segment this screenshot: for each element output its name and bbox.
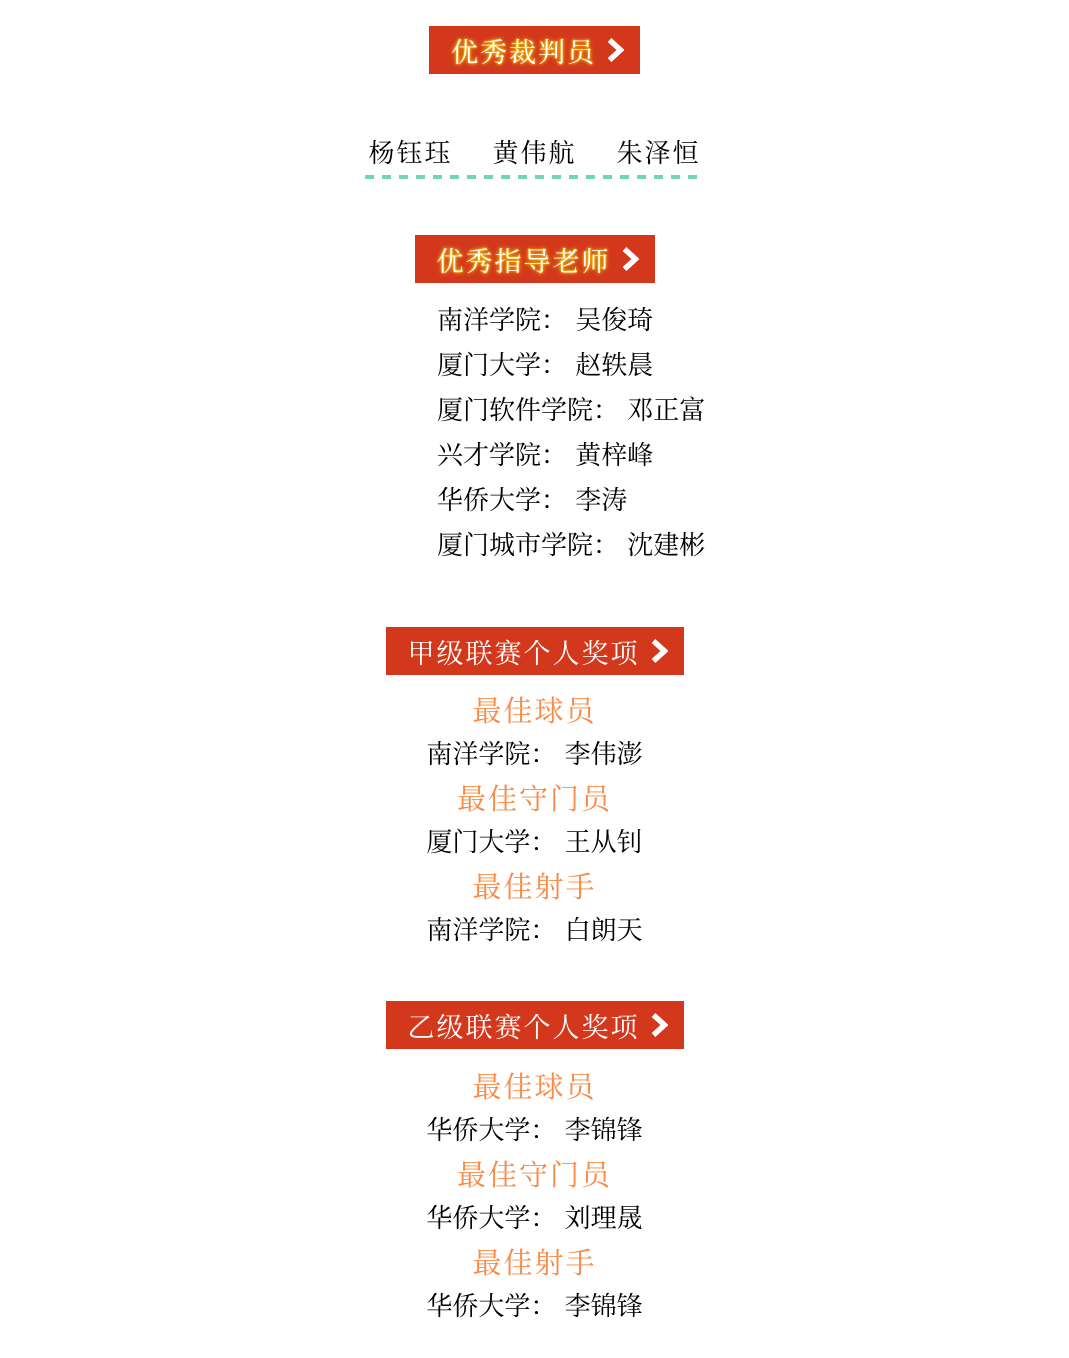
article-page: 优秀裁判员 杨钰珏 黄伟航 朱泽恒 优秀指导老师 南洋学院 bbox=[0, 0, 1069, 1358]
award-title: 最佳球员 bbox=[0, 1065, 1069, 1109]
teachers-banner[interactable]: 优秀指导老师 bbox=[415, 235, 655, 283]
referees-banner-label: 优秀裁判员 bbox=[451, 31, 596, 70]
award-title: 最佳守门员 bbox=[0, 1153, 1069, 1197]
league-a-banner-label: 甲级联赛个人奖项 bbox=[408, 632, 640, 671]
teacher-item: 南洋学院： 吴俊琦 bbox=[437, 299, 705, 344]
league-a-banner-row: 甲级联赛个人奖项 bbox=[0, 627, 1069, 675]
award-title: 最佳球员 bbox=[0, 689, 1069, 733]
section-league-a: 甲级联赛个人奖项 最佳球员 南洋学院： 李伟澎 最佳守门员 厦门大学： 王从钊 … bbox=[0, 627, 1069, 953]
chevron-right-icon bbox=[606, 36, 624, 64]
teachers-banner-row: 优秀指导老师 bbox=[0, 235, 1069, 283]
league-a-banner[interactable]: 甲级联赛个人奖项 bbox=[386, 627, 684, 675]
teachers-banner-label: 优秀指导老师 bbox=[437, 240, 611, 279]
award-winner: 南洋学院： 李伟澎 bbox=[0, 733, 1069, 777]
teacher-item: 兴才学院： 黄梓峰 bbox=[437, 434, 705, 479]
referees-banner[interactable]: 优秀裁判员 bbox=[429, 26, 640, 74]
award-winner: 华侨大学： 李锦锋 bbox=[0, 1109, 1069, 1153]
section-referees: 优秀裁判员 杨钰珏 黄伟航 朱泽恒 bbox=[0, 26, 1069, 179]
award-winner: 华侨大学： 刘理晟 bbox=[0, 1197, 1069, 1241]
award-winner: 厦门大学： 王从钊 bbox=[0, 821, 1069, 865]
league-a-award-list: 最佳球员 南洋学院： 李伟澎 最佳守门员 厦门大学： 王从钊 最佳射手 南洋学院… bbox=[0, 689, 1069, 953]
chevron-right-icon bbox=[650, 1011, 668, 1039]
referee-name: 朱泽恒 bbox=[617, 138, 701, 170]
section-league-b: 乙级联赛个人奖项 最佳球员 华侨大学： 李锦锋 最佳守门员 华侨大学： 刘理晟 … bbox=[0, 1001, 1069, 1329]
chevron-right-icon bbox=[621, 245, 639, 273]
teacher-item: 厦门大学： 赵轶晨 bbox=[437, 344, 705, 389]
referees-banner-row: 优秀裁判员 bbox=[0, 26, 1069, 74]
award-title: 最佳射手 bbox=[0, 865, 1069, 909]
league-b-banner[interactable]: 乙级联赛个人奖项 bbox=[386, 1001, 684, 1049]
league-b-banner-label: 乙级联赛个人奖项 bbox=[408, 1006, 640, 1045]
teacher-item: 华侨大学： 李涛 bbox=[437, 479, 705, 524]
award-winner: 华侨大学： 李锦锋 bbox=[0, 1285, 1069, 1329]
section-teachers: 优秀指导老师 南洋学院： 吴俊琦 厦门大学： 赵轶晨 厦门软件学院： 邓正富 兴… bbox=[0, 235, 1069, 569]
teacher-item: 厦门城市学院： 沈建彬 bbox=[437, 524, 705, 569]
chevron-right-icon bbox=[650, 637, 668, 665]
league-b-award-list: 最佳球员 华侨大学： 李锦锋 最佳守门员 华侨大学： 刘理晟 最佳射手 华侨大学… bbox=[0, 1065, 1069, 1329]
referee-names-row: 杨钰珏 黄伟航 朱泽恒 bbox=[0, 138, 1069, 179]
award-title: 最佳守门员 bbox=[0, 777, 1069, 821]
referee-name: 杨钰珏 bbox=[368, 138, 452, 170]
teacher-item: 厦门软件学院： 邓正富 bbox=[437, 389, 705, 434]
referee-names: 杨钰珏 黄伟航 朱泽恒 bbox=[365, 138, 703, 179]
award-title: 最佳射手 bbox=[0, 1241, 1069, 1285]
league-b-banner-row: 乙级联赛个人奖项 bbox=[0, 1001, 1069, 1049]
award-winner: 南洋学院： 白朗天 bbox=[0, 909, 1069, 953]
teacher-list: 南洋学院： 吴俊琦 厦门大学： 赵轶晨 厦门软件学院： 邓正富 兴才学院： 黄梓… bbox=[437, 299, 705, 569]
referee-name: 黄伟航 bbox=[492, 138, 576, 170]
